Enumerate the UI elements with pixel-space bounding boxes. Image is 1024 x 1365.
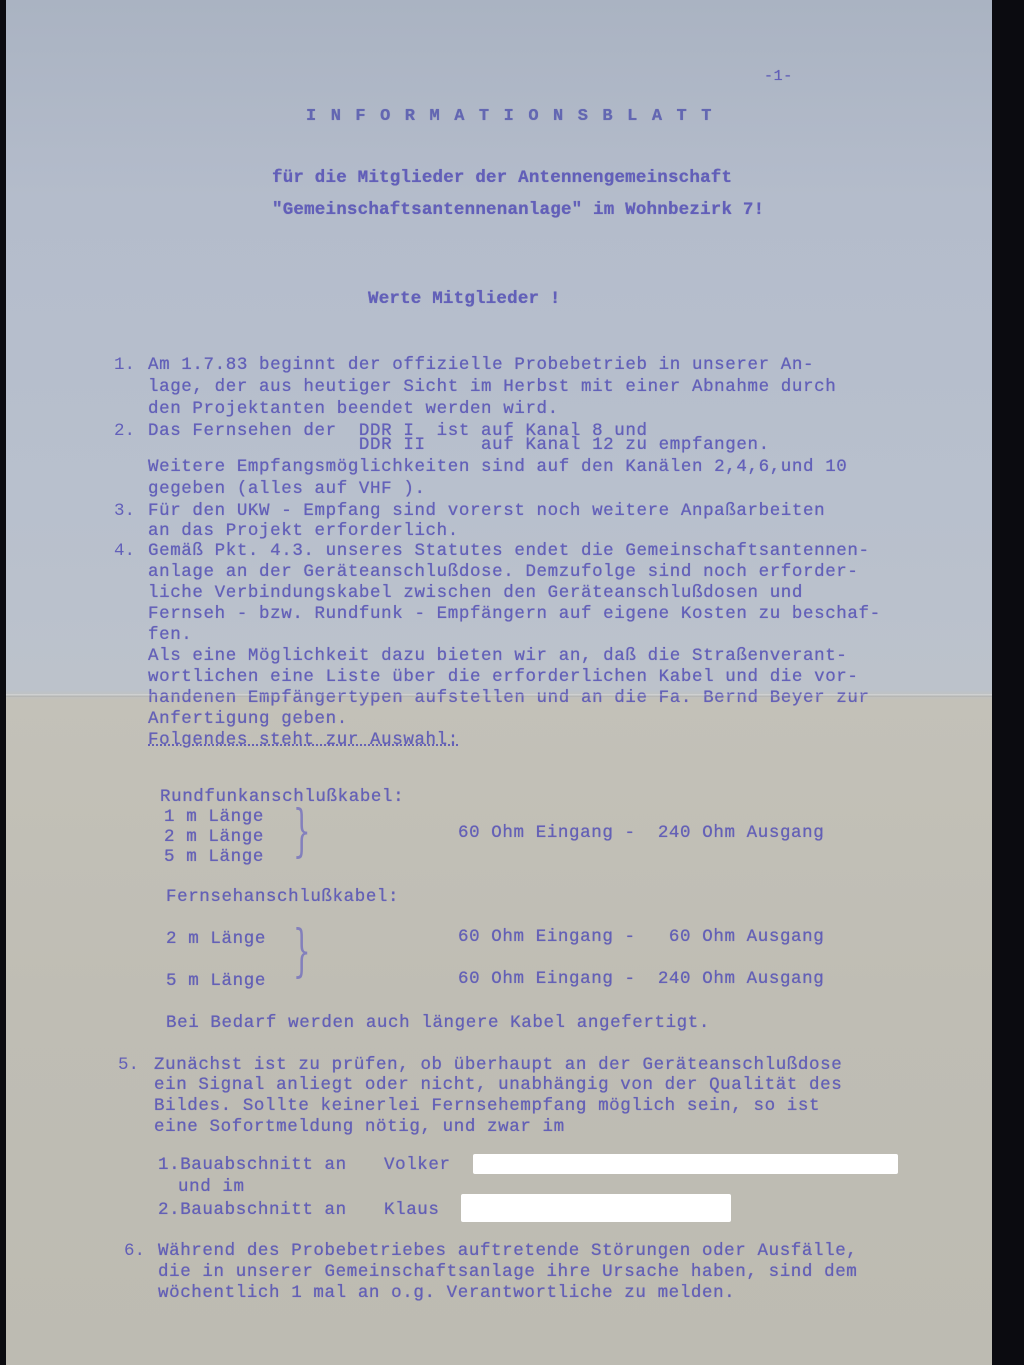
item-5-line: ein Signal anliegt oder nicht, unabhängi… <box>154 1074 842 1096</box>
tv-cable-spec: 60 Ohm Eingang - 240 Ohm Ausgang <box>458 968 824 990</box>
item-4-line: Als eine Möglichkeit dazu bieten wir an,… <box>148 645 847 667</box>
item-3-line: Für den UKW - Empfang sind vorerst noch … <box>148 500 825 522</box>
item-4-line: fen. <box>148 624 192 646</box>
item-1-line: den Projektanten beendet werden wird. <box>148 398 559 420</box>
item-6-line: wöchentlich 1 mal an o.g. Verantwortlich… <box>158 1282 735 1304</box>
tv-cable-length: 2 m Länge <box>166 928 266 950</box>
radio-cable-spec: 60 Ohm Eingang - 240 Ohm Ausgang <box>458 822 824 844</box>
item-3-line: an das Projekt erforderlich. <box>148 520 459 542</box>
cable-note: Bei Bedarf werden auch längere Kabel ang… <box>166 1012 710 1034</box>
contact-section-2: 2.Bauabschnitt an <box>158 1199 347 1221</box>
tv-cable-spec: 60 Ohm Eingang - 60 Ohm Ausgang <box>458 926 824 948</box>
radio-cable-length: 1 m Länge <box>164 806 264 828</box>
contact-name-1: Volker <box>384 1154 451 1176</box>
item-1-number: 1. <box>114 354 135 376</box>
item-4-line: liche Verbindungskabel zwischen den Gerä… <box>148 582 803 604</box>
item-1-line: lage, der aus heutiger Sicht im Herbst m… <box>148 376 836 398</box>
redaction-box <box>473 1154 898 1174</box>
item-4-line: Anfertigung geben. <box>148 708 348 730</box>
item-5-line: Bildes. Sollte keinerlei Fernsehempfang … <box>154 1095 820 1117</box>
tv-cable-heading: Fernsehanschlußkabel: <box>166 886 399 908</box>
item-3-number: 3. <box>114 500 135 522</box>
item-2-line: gegeben (alles auf VHF ). <box>148 478 426 500</box>
item-4-line: anlage an der Geräteanschlußdose. Demzuf… <box>148 561 859 583</box>
redaction-box <box>461 1194 731 1222</box>
brace-icon: } <box>293 924 311 980</box>
item-6-line: Während des Probebetriebes auftretende S… <box>158 1240 857 1262</box>
item-6-line: die in unserer Gemeinschaftsanlage ihre … <box>158 1261 857 1283</box>
contact-connector: und im <box>178 1176 245 1198</box>
radio-cable-length: 5 m Länge <box>164 846 264 868</box>
radio-cable-length: 2 m Länge <box>164 826 264 848</box>
selection-heading: Folgendes steht zur Auswahl: <box>148 729 459 751</box>
item-4-line: Fernseh - bzw. Rundfunk - Empfängern auf… <box>148 603 881 625</box>
item-1-line: Am 1.7.83 beginnt der offizielle Probebe… <box>148 354 814 376</box>
contact-name-2: Klaus <box>384 1199 440 1221</box>
subtitle-line-1: für die Mitglieder der Antennengemeinsch… <box>272 167 732 189</box>
page-number: -1- <box>764 66 793 88</box>
brace-icon: } <box>293 804 311 860</box>
item-4-line: Gemäß Pkt. 4.3. unseres Statutes endet d… <box>148 540 870 562</box>
tv-cable-length: 5 m Länge <box>166 970 266 992</box>
contact-section-1: 1.Bauabschnitt an <box>158 1154 347 1176</box>
item-2-line: Weitere Empfangsmöglichkeiten sind auf d… <box>148 456 847 478</box>
item-4-number: 4. <box>114 540 135 562</box>
item-5-number: 5. <box>118 1054 139 1076</box>
document-paper: -1- INFORMATIONSBLATT für die Mitglieder… <box>6 0 992 1365</box>
item-2-number: 2. <box>114 420 135 442</box>
salutation: Werte Mitglieder ! <box>368 288 561 310</box>
item-5-line: eine Sofortmeldung nötig, und zwar im <box>154 1116 565 1138</box>
item-6-number: 6. <box>124 1240 145 1262</box>
item-2-line: DDR II auf Kanal 12 zu empfangen. <box>148 434 770 456</box>
subtitle-line-2: "Gemeinschaftsantennenanlage" im Wohnbez… <box>272 199 764 221</box>
item-4-line: wortlichen eine Liste über die erforderl… <box>148 666 859 688</box>
radio-cable-heading: Rundfunkanschlußkabel: <box>160 786 404 808</box>
item-5-line: Zunächst ist zu prüfen, ob überhaupt an … <box>154 1054 842 1076</box>
document-title: INFORMATIONSBLATT <box>306 106 726 128</box>
item-4-line: handenen Empfängertypen aufstellen und a… <box>148 687 870 709</box>
